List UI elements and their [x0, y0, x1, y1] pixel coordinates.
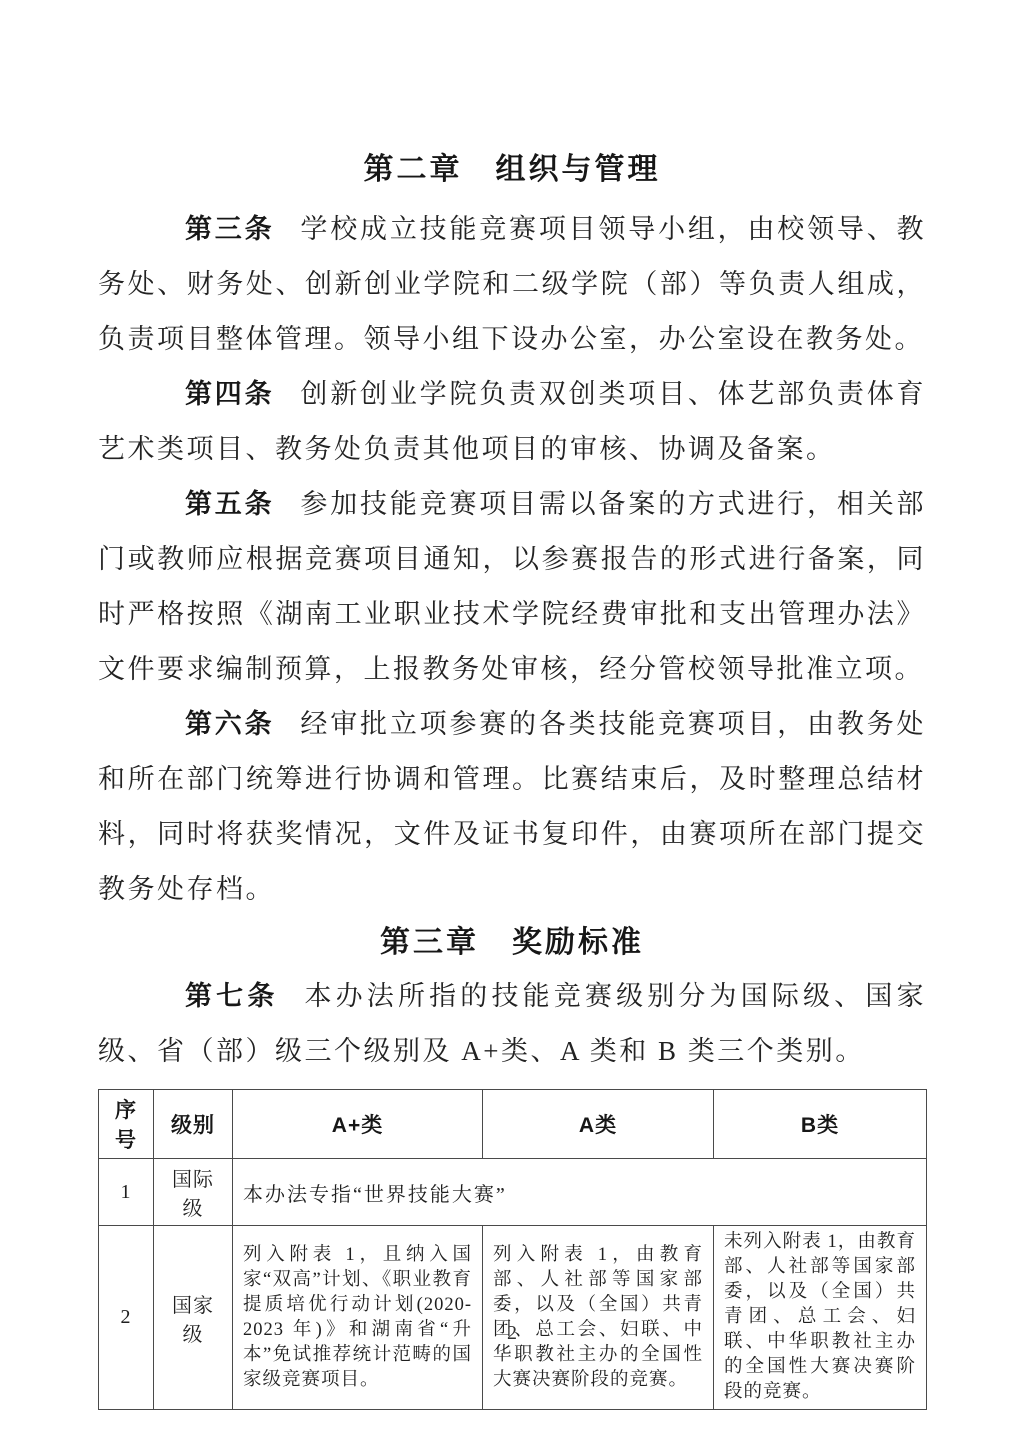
serial-cell: 1	[99, 1159, 154, 1226]
page-number: 2	[0, 1322, 1024, 1345]
article-3-label: 第三条	[185, 214, 274, 244]
article-5-label: 第五条	[185, 489, 274, 519]
header-a-plus: A+类	[233, 1090, 483, 1159]
article-5-paragraph: 第五条参加技能竞赛项目需以备案的方式进行，相关部门或教师应根据竞赛项目通知，以参…	[98, 477, 926, 697]
chapter3-title: 第三章 奖励标准	[98, 919, 926, 967]
header-serial: 序号	[99, 1090, 154, 1159]
chapter3-body: 第七条本办法所指的技能竞赛级别分为国际级、国家级、省（部）级三个级别及 A+类、…	[98, 969, 926, 1079]
article-4-label: 第四条	[185, 379, 274, 409]
level-cell: 国家级	[154, 1226, 233, 1410]
table-row-national: 2 国家级 列入附表 1，且纳入国家“双高”计划、《职业教育提质培优行动计划(2…	[99, 1226, 927, 1410]
article-7-paragraph: 第七条本办法所指的技能竞赛级别分为国际级、国家级、省（部）级三个级别及 A+类、…	[98, 969, 926, 1079]
header-level: 级别	[154, 1090, 233, 1159]
table-row-international: 1 国际级 本办法专指“世界技能大赛”	[99, 1159, 927, 1226]
table-header-row: 序号 级别 A+类 A类 B类	[99, 1090, 927, 1159]
article-4-paragraph: 第四条创新创业学院负责双创类项目、体艺部负责体育艺术类项目、教务处负责其他项目的…	[98, 367, 926, 477]
national-a-plus-cell: 列入附表 1，且纳入国家“双高”计划、《职业教育提质培优行动计划(2020-20…	[233, 1226, 483, 1410]
article-6-label: 第六条	[185, 709, 274, 739]
national-a-cell: 列入附表 1，由教育部、人社部等国家部委，以及（全国）共青团、总工会、妇联、中华…	[483, 1226, 714, 1410]
chapter2-body: 第三条学校成立技能竞赛项目领导小组，由校领导、教务处、财务处、创新创业学院和二级…	[98, 202, 926, 917]
article-3-paragraph: 第三条学校成立技能竞赛项目领导小组，由校领导、教务处、财务处、创新创业学院和二级…	[98, 202, 926, 367]
international-span-cell: 本办法专指“世界技能大赛”	[233, 1159, 927, 1226]
header-b: B类	[714, 1090, 927, 1159]
national-b-cell: 未列入附表 1，由教育部、人社部等国家部委，以及（全国）共青团、总工会、妇联、中…	[714, 1226, 927, 1410]
article-7-label: 第七条	[185, 981, 278, 1011]
level-cell: 国际级	[154, 1159, 233, 1226]
document-content: 第二章 组织与管理 第三条学校成立技能竞赛项目领导小组，由校领导、教务处、财务处…	[98, 146, 926, 1410]
article-6-paragraph: 第六条经审批立项参赛的各类技能竞赛项目，由教务处和所在部门统筹进行协调和管理。比…	[98, 697, 926, 917]
serial-cell: 2	[99, 1226, 154, 1410]
chapter2-title: 第二章 组织与管理	[98, 146, 926, 194]
competition-level-table: 序号 级别 A+类 A类 B类 1 国际级 本办法专指“世界技能大赛” 2 国家…	[98, 1089, 927, 1410]
document-page: 第二章 组织与管理 第三条学校成立技能竞赛项目领导小组，由校领导、教务处、财务处…	[0, 0, 1024, 1448]
header-a: A类	[483, 1090, 714, 1159]
